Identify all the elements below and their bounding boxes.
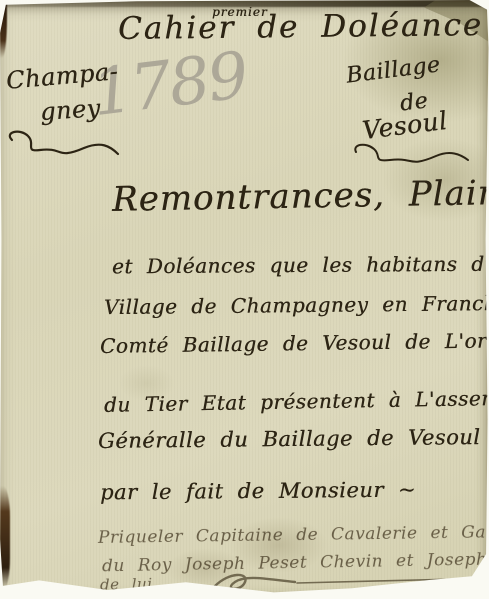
margin-place-line2: gney <box>39 94 101 126</box>
left-binding-edge-bottom <box>0 486 10 588</box>
body-line: par le fait de Monsieur ~ <box>100 478 416 505</box>
section-heading: Remontrances, Plaintes <box>112 172 489 220</box>
flourish-under-bailliage <box>352 140 472 168</box>
body-line: et Doléances que les habitans du <box>112 252 489 279</box>
manuscript-paper: 1789 premier Cahier de Doléance Champa- … <box>0 0 489 599</box>
body-line: Généralle du Baillage de Vesoul <box>98 425 481 453</box>
body-line: Village de Champagney en Franche- <box>104 291 489 319</box>
body-line-faded: de lui ... <box>100 574 181 593</box>
scanned-page: 1789 premier Cahier de Doléance Champa- … <box>0 0 489 599</box>
flourish-under-place <box>6 126 126 168</box>
document-title: Cahier de Doléance <box>118 7 483 47</box>
signature-flourish <box>205 570 467 596</box>
